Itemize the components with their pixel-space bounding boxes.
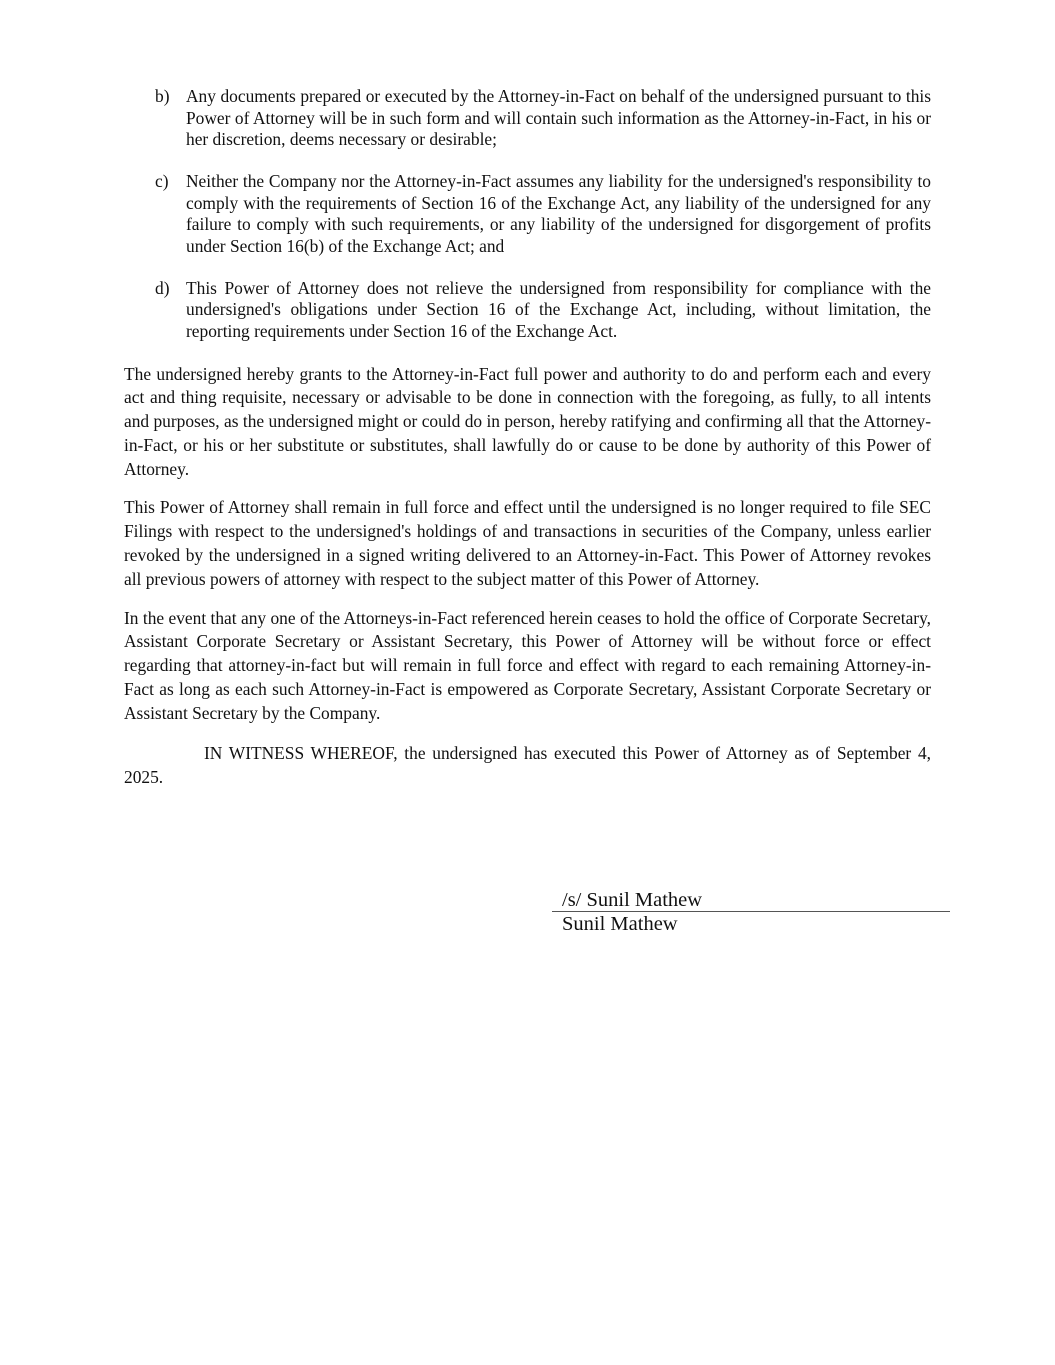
list-marker: b) xyxy=(155,86,170,108)
paragraph-grant-of-authority: The undersigned hereby grants to the Att… xyxy=(124,363,931,482)
list-item-text: Any documents prepared or executed by th… xyxy=(186,86,931,149)
list-item-b: b) Any documents prepared or executed by… xyxy=(124,86,931,151)
list-item-d: d) This Power of Attorney does not relie… xyxy=(124,278,931,343)
paragraph-cessation: In the event that any one of the Attorne… xyxy=(124,607,931,726)
list-item-c: c) Neither the Company nor the Attorney-… xyxy=(124,171,931,257)
signatory-name: Sunil Mathew xyxy=(552,912,950,936)
document-page: b) Any documents prepared or executed by… xyxy=(124,86,931,789)
list-marker: d) xyxy=(155,278,170,300)
signature-block: /s/ Sunil Mathew Sunil Mathew xyxy=(552,888,950,936)
list-item-text: Neither the Company nor the Attorney-in-… xyxy=(186,171,931,256)
witness-text: IN WITNESS WHEREOF, the undersigned has … xyxy=(124,743,931,787)
list-marker: c) xyxy=(155,171,169,193)
list-item-text: This Power of Attorney does not relieve … xyxy=(186,278,931,341)
paragraph-duration: This Power of Attorney shall remain in f… xyxy=(124,496,931,591)
witness-clause: IN WITNESS WHEREOF, the undersigned has … xyxy=(124,741,931,789)
signature-line: /s/ Sunil Mathew xyxy=(552,888,950,912)
